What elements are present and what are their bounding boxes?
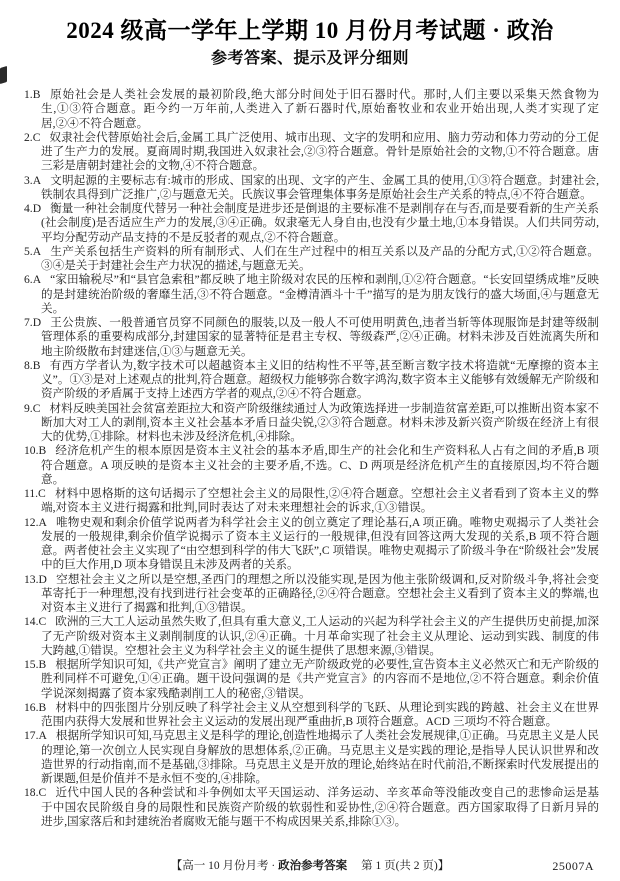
answer-number: 5.A	[24, 245, 41, 258]
answer-explanation: 根据所学知识可知,马克思主义是科学的理论,创造性地揭示了人类社会发展规律,①正确…	[41, 729, 599, 785]
answer-item: 5.A生产关系包括生产资料的所有制形式、人们在生产过程中的相互关系以及产品的分配…	[24, 245, 599, 274]
answer-number: 11.C	[24, 487, 46, 500]
footer-caption: 【高一 10 月份月考 · 政治参考答案第 1 页(共 2 页)】	[0, 859, 620, 874]
answer-explanation: 根据所学知识可知,《共产党宣言》阐明了建立无产阶级政党的必要性,宣告资本主义必然…	[41, 658, 599, 700]
page-footer: 【高一 10 月份月考 · 政治参考答案第 1 页(共 2 页)】 25007A	[0, 859, 620, 874]
answer-number: 6.A	[24, 273, 41, 286]
answer-item: 9.C材料反映美国社会贫富差距拉大和资产阶级继续通过人为政策选择进一步制造贫富差…	[24, 402, 599, 445]
answer-item: 15.B根据所学知识可知,《共产党宣言》阐明了建立无产阶级政党的必要性,宣告资本…	[24, 658, 599, 701]
answers-list: 1.B原始社会是人类社会发展的最初阶段,绝大部分时间处于旧石器时代。那时,人们主…	[24, 88, 599, 829]
answer-explanation: 有西方学者认为,数字技术可以超越资本主义旧的结构性不平等,甚至断言数字技术将造就…	[41, 359, 599, 401]
answer-item: 7.D王公贵族、一般普通官员穿不同颜色的服装,以及一般人不可使用明黄色,违者当斩…	[24, 316, 599, 359]
answer-explanation: 空想社会主义之所以是空想,圣西门的理想之所以没能实现,是因为他主张阶级调和,反对…	[41, 573, 599, 615]
answer-number: 8.B	[24, 359, 40, 372]
answer-number: 18.C	[24, 786, 46, 799]
answer-item: 2.C奴隶社会代替原始社会后,金属工具广泛使用、城市出现、文字的发明和应用、脑力…	[24, 131, 599, 174]
footer-exam-name: 政治参考答案	[278, 860, 347, 872]
answer-number: 17.A	[24, 729, 47, 742]
answer-explanation: 欧洲的三大工人运动虽然失败了,但具有重大意义,工人运动的兴起为科学社会主义的产生…	[41, 615, 599, 657]
answer-item: 13.D空想社会主义之所以是空想,圣西门的理想之所以没能实现,是因为他主张阶级调…	[24, 573, 599, 616]
answer-sheet-page: 2024 级高一学年上学期 10 月份月考试题 · 政治 参考答案、提示及评分细…	[0, 0, 620, 881]
answer-item: 14.C欧洲的三大工人运动虽然失败了,但具有重大意义,工人运动的兴起为科学社会主…	[24, 615, 599, 658]
answer-item: 10.B经济危机产生的根本原因是资本主义社会的基本矛盾,即生产的社会化和生产资料…	[24, 444, 599, 487]
footer-exam-name-prefix: 【高一 10 月份月考 ·	[171, 860, 278, 872]
answer-number: 3.A	[24, 174, 41, 187]
answer-number: 14.C	[24, 615, 46, 628]
answer-item: 17.A根据所学知识可知,马克思主义是科学的理论,创造性地揭示了人类社会发展规律…	[24, 729, 599, 786]
answer-explanation: 材料中的四张图片分别反映了科学社会主义从空想到科学的飞跃、从理论到实践的跨越、社…	[41, 701, 599, 728]
answer-number: 10.B	[24, 444, 46, 457]
footer-page-number: 第 1 页(共 2 页)】	[361, 860, 449, 872]
answer-item: 3.A文明起源的主要标志有:城市的形成、国家的出现、文字的产生、金属工具的使用,…	[24, 174, 599, 203]
answer-explanation: 生产关系包括生产资料的所有制形式、人们在生产过程中的相互关系以及产品的分配方式,…	[41, 245, 599, 272]
scan-artifact-mark	[0, 66, 7, 84]
answer-item: 8.B有西方学者认为,数字技术可以超越资本主义旧的结构性不平等,甚至断言数字技术…	[24, 359, 599, 402]
answer-number: 9.C	[24, 402, 40, 415]
answer-number: 12.A	[24, 516, 47, 529]
page-title: 2024 级高一学年上学期 10 月份月考试题 · 政治	[0, 12, 620, 45]
answer-item: 1.B原始社会是人类社会发展的最初阶段,绝大部分时间处于旧石器时代。那时,人们主…	[24, 88, 599, 131]
answer-explanation: 奴隶社会代替原始社会后,金属工具广泛使用、城市出现、文字的发明和应用、脑力劳动和…	[41, 131, 599, 173]
answer-item: 16.B材料中的四张图片分别反映了科学社会主义从空想到科学的飞跃、从理论到实践的…	[24, 701, 599, 730]
answer-item: 4.D衡量一种社会制度代替另一种社会制度是进步还是倒退的主要标准不是剥削存在与否…	[24, 202, 599, 245]
answer-item: 12.A唯物史观和剩余价值学说两者为科学社会主义的创立奠定了理论基石,A 项正确…	[24, 516, 599, 573]
answer-explanation: 近代中国人民的各种尝试和斗争例如太平天国运动、洋务运动、辛亥革命等没能改变自己的…	[41, 786, 599, 828]
answer-explanation: 原始社会是人类社会发展的最初阶段,绝大部分时间处于旧石器时代。那时,人们主要以采…	[41, 88, 599, 130]
answer-explanation: 材料反映美国社会贫富差距拉大和资产阶级继续通过人为政策选择进一步制造贫富差距,可…	[41, 402, 599, 444]
answer-number: 2.C	[24, 131, 40, 144]
answer-explanation: 唯物史观和剩余价值学说两者为科学社会主义的创立奠定了理论基石,A 项正确。唯物史…	[41, 516, 599, 572]
answer-number: 7.D	[24, 316, 41, 329]
answer-item: 6.A“家田输税尽”和“县官急索租”都反映了地主阶级对农民的压榨和剥削,①②符合…	[24, 273, 599, 316]
answer-number: 13.D	[24, 573, 47, 586]
answer-explanation: 衡量一种社会制度代替另一种社会制度是进步还是倒退的主要标准不是剥削存在与否,而是…	[41, 202, 599, 244]
answer-explanation: 王公贵族、一般普通官员穿不同颜色的服装,以及一般人不可使用明黄色,违者当斩等体现…	[41, 316, 599, 358]
answer-number: 16.B	[24, 701, 46, 714]
page-subtitle: 参考答案、提示及评分细则	[0, 45, 620, 68]
answer-item: 18.C近代中国人民的各种尝试和斗争例如太平天国运动、洋务运动、辛亥革命等没能改…	[24, 786, 599, 829]
answer-explanation: 经济危机产生的根本原因是资本主义社会的基本矛盾,即生产的社会化和生产资料私人占有…	[41, 444, 599, 486]
answer-number: 4.D	[24, 202, 41, 215]
answer-number: 15.B	[24, 658, 46, 671]
answer-explanation: 文明起源的主要标志有:城市的形成、国家的出现、文字的产生、金属工具的使用,①③符…	[41, 174, 599, 201]
answer-explanation: 材料中恩格斯的这句话揭示了空想社会主义的局限性,②④符合题意。空想社会主义者看到…	[41, 487, 599, 514]
footer-paper-code: 25007A	[552, 859, 594, 874]
answer-number: 1.B	[24, 88, 40, 101]
answer-item: 11.C材料中恩格斯的这句话揭示了空想社会主义的局限性,②④符合题意。空想社会主…	[24, 487, 599, 516]
answer-explanation: “家田输税尽”和“县官急索租”都反映了地主阶级对农民的压榨和剥削,①②符合题意。…	[41, 273, 599, 315]
